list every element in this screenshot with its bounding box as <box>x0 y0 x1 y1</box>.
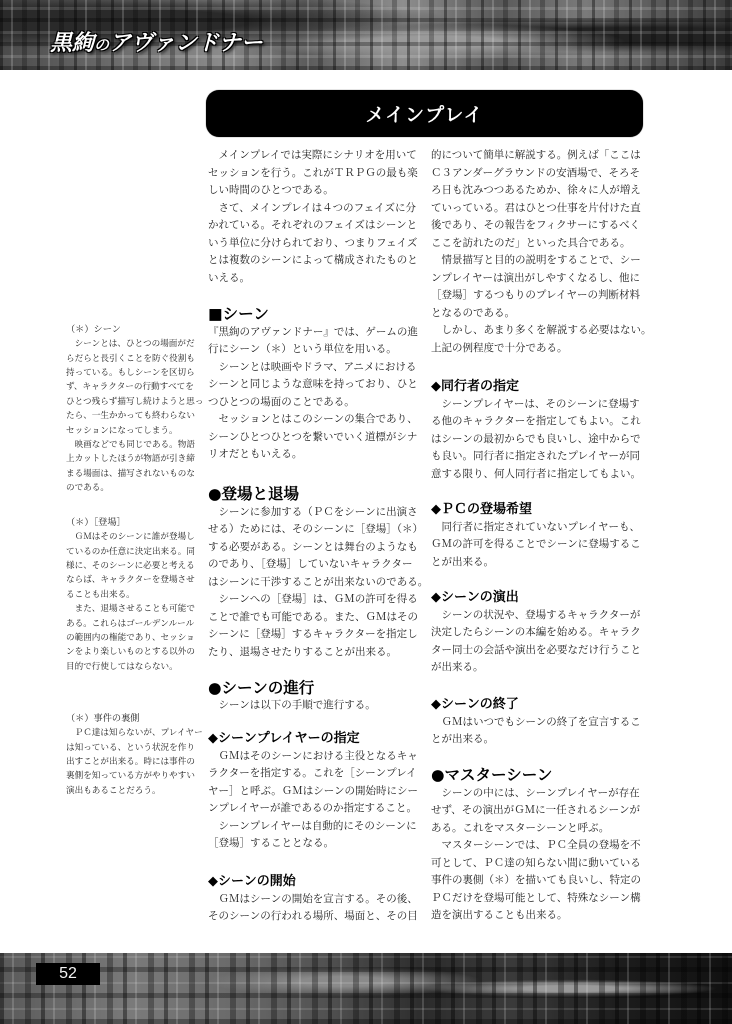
sidenote-line: まる場面は、描写されないものな <box>66 467 202 481</box>
body-line: 造を演出することも出来る。 <box>431 907 651 925</box>
sidenote-line: ならば、キャラクターを登場させ <box>66 573 202 587</box>
sidenote-line: ることも出来る。 <box>66 588 202 602</box>
body-line: ＧＭはシーンの開始を宣言する。その後、 <box>208 891 428 909</box>
section-heading: ◆シーンプレイヤーの指定 <box>208 730 428 748</box>
body-line: シーンプレイヤーは、そのシーンに登場す <box>431 396 651 414</box>
body-line: 上記の例程度で十分である。 <box>431 340 651 358</box>
body-line: シーンの中には、シーンプレイヤーが存在 <box>431 785 651 803</box>
body-line: いう単位に分けられており、つまりフェイズ <box>208 235 428 253</box>
section-scene-end: ◆シーンの終了 ＧＭはいつでもシーンの終了を宣言するこ とが出来る。 <box>431 696 651 749</box>
section-heading: ●登場と退場 <box>208 486 428 504</box>
body-line: が出来る。 <box>431 659 651 677</box>
sidenote-line: また、退場させることも可能で <box>66 602 202 616</box>
sidenote-line: ＰＣ達は知らないが、プレイヤー <box>66 726 202 740</box>
body-line: とが出来る。 <box>431 554 651 572</box>
body-line: マスターシーンでは、ＰＣ全員の登場を不 <box>431 837 651 855</box>
body-column-1: メインプレイでは実際にシナリオを用いて セッションを行う。これがＴＲＰＧの最も楽… <box>208 0 420 1024</box>
body-line: となるのである。 <box>431 305 651 323</box>
sidenote-line: たら、一生かかっても終わらない <box>66 409 202 423</box>
body-line: シーンに参加する（ＰＣをシーンに出演さ <box>208 504 428 522</box>
body-line: ＧＭはいつでもシーンの終了を宣言するこ <box>431 714 651 732</box>
body-line: かれている。それぞれのフェイズはシーンと <box>208 217 428 235</box>
body-line: 決定したらシーンの本編を始める。キャラク <box>431 624 651 642</box>
body-line: メインプレイでは実際にシナリオを用いて <box>208 147 428 165</box>
sidenote-line: は知っている、という状況を作り <box>66 741 202 755</box>
footer-photo-banner: 52 <box>0 953 732 1024</box>
section-heading: ◆シーンの開始 <box>208 873 428 891</box>
body-line: いえる。 <box>208 270 428 288</box>
body-line: つひとつの場面のことである。 <box>208 394 428 412</box>
logo-particle: の <box>94 36 109 54</box>
section-scene-player: ◆シーンプレイヤーの指定 ＧＭはそのシーンにおける主役となるキャ ラクターを指定… <box>208 730 428 853</box>
body-line: セッションを行う。これがＴＲＰＧの最も楽 <box>208 165 428 183</box>
body-line: しい時間のひとつである。 <box>208 182 428 200</box>
body-line: 後であり、その報告をフィクサーにするべく <box>431 217 651 235</box>
sidenote-title: （＊）［登場］ <box>66 516 202 530</box>
section-heading: ◆ＰＣの登場希望 <box>431 501 651 519</box>
body-line: ＰＣだけを登場可能として、特殊なシーン構 <box>431 890 651 908</box>
sidenote-line: ひとつ残らず描写し続けようと思っ <box>66 395 202 409</box>
section-master-scene: ●マスターシーン シーンの中には、シーンプレイヤーが存在 せず、その演出がＧＭに… <box>431 767 651 925</box>
sidenote-line: の範囲内の権能であり、セッショ <box>66 631 202 645</box>
page-number: 52 <box>36 963 100 985</box>
body-line: ていっている。君はひとつ仕事を片付けた直 <box>431 200 651 218</box>
body-line: シーンへの［登場］は、ＧＭの許可を得る <box>208 591 428 609</box>
body-line: シーンに［登場］するキャラクターを指定し <box>208 626 428 644</box>
body-line: シーンと同じような意味を持っており、ひと <box>208 376 428 394</box>
section-scene-direction: ◆シーンの演出 シーンの状況や、登場するキャラクターが 決定したらシーンの本編を… <box>431 589 651 677</box>
body-line: 意する限り、何人同行者に指定してもよい。 <box>431 466 651 484</box>
body-line: シーンプレイヤーは自動的にそのシーンに <box>208 818 428 836</box>
sidenote-line: 演出もあることだろう。 <box>66 784 202 798</box>
body-line: 情景描写と目的の説明をすることで、シー <box>431 252 651 270</box>
body-line: する必要がある。シーンとは舞台のようなも <box>208 539 428 557</box>
body-line: 行にシーン（＊）という単位を用いる。 <box>208 341 428 359</box>
body-line: ここを訪れたのだ」といった具合である。 <box>431 235 651 253</box>
sidenote-line: 裏側を知っている方がやりやすい <box>66 769 202 783</box>
logo-main: 黒絢 <box>50 31 94 56</box>
body-line: しかし、あまり多くを解説する必要はない。 <box>431 322 651 340</box>
body-line: とが出来る。 <box>431 731 651 749</box>
sidenote-entry: （＊）［登場］ ＧＭはそのシーンに誰が登場し ているのか任意に決定出来る。同 様… <box>66 516 202 674</box>
sidenote-line: セッションになってしまう。 <box>66 424 202 438</box>
body-line: も良い。同行者に指定されたプレイヤーが同 <box>431 448 651 466</box>
section-scene-progress: ●シーンの進行 シーンは以下の手順で進行する。 <box>208 680 428 715</box>
body-line: さて、メインプレイは４つのフェイズに分 <box>208 200 428 218</box>
body-line: たり、退場させたりすることが出来る。 <box>208 644 428 662</box>
sidenote-line: 様に、そのシーンに必要と考える <box>66 559 202 573</box>
body-line: そのシーンの行われる場所、場面と、その目 <box>208 908 428 926</box>
body-line: ことで誰でも可能である。また、ＧＭはその <box>208 609 428 627</box>
section-heading: ◆シーンの演出 <box>431 589 651 607</box>
sidenote-line: 出すことが出来る。時には事件の <box>66 755 202 769</box>
body-line: ヤー］と呼ぶ。ＧＭはシーンの開始時にシー <box>208 783 428 801</box>
body-line: リオだともいえる。 <box>208 446 428 464</box>
sidenote-behind-the-incident: （＊）事件の裏側 ＰＣ達は知らないが、プレイヤー は知っている、という状況を作り… <box>66 712 202 798</box>
sidenote-line: のである。 <box>66 481 202 495</box>
body-line: 事件の裏側（＊）を描いても良いし、特定の <box>431 872 651 890</box>
body-line: せず、その演出がＧＭに一任されるシーンが <box>431 802 651 820</box>
body-column-2: 的について簡単に解説する。例えば「ここは Ｃ３アンダーグラウンドの安酒場で、そろ… <box>431 0 643 1024</box>
sidenote-line: 映画などでも同じである。物語 <box>66 438 202 452</box>
body-line: Ｃ３アンダーグラウンドの安酒場で、そろそ <box>431 165 651 183</box>
body-line: せる）ためには、そのシーンに［登場］（＊） <box>208 521 428 539</box>
body-line: ＧＭの許可を得ることでシーンに登場するこ <box>431 536 651 554</box>
sidenote-line: 目的で行使してはならない。 <box>66 660 202 674</box>
section-heading: ◆シーンの終了 <box>431 696 651 714</box>
sidenote-line: ンをより楽しいものとする以外の <box>66 645 202 659</box>
section-heading: ●マスターシーン <box>431 767 651 785</box>
body-line: る他のキャラクターを指定してもよい。これ <box>431 413 651 431</box>
section-intro: メインプレイでは実際にシナリオを用いて セッションを行う。これがＴＲＰＧの最も楽… <box>208 147 428 287</box>
body-line: のであり、［登場］していないキャラクター <box>208 556 428 574</box>
sidenote-line: ある。これらはゴールデンルール <box>66 617 202 631</box>
body-line: はシーンに干渉することが出来ないのである。 <box>208 574 428 592</box>
body-line: とは複数のシーンによって構成されたものと <box>208 252 428 270</box>
body-line: 的について簡単に解説する。例えば「ここは <box>431 147 651 165</box>
body-line: ＧＭはそのシーンにおける主役となるキャ <box>208 748 428 766</box>
section-pc-entry-request: ◆ＰＣの登場希望 同行者に指定されていないプレイヤーも、 ＧＭの許可を得ることで… <box>431 501 651 571</box>
body-line: ［登場］することとなる。 <box>208 835 428 853</box>
section-scene: ■シーン 『黒絢のアヴァンドナー』では、ゲームの進 行にシーン（＊）という単位を… <box>208 306 428 464</box>
body-line: 同行者に指定されていないプレイヤーも、 <box>431 519 651 537</box>
sidenote-line: 持っている。もしシーンを区切ら <box>66 366 202 380</box>
body-line: ンプレイヤーが誰であるのか指定すること。 <box>208 800 428 818</box>
sidenote-line: ているのか任意に決定出来る。同 <box>66 545 202 559</box>
section-scene-start-continued: 的について簡単に解説する。例えば「ここは Ｃ３アンダーグラウンドの安酒場で、そろ… <box>431 147 651 357</box>
body-line: はシーンの最初からでも良いし、途中からで <box>431 431 651 449</box>
section-entry-and-exit: ●登場と退場 シーンに参加する（ＰＣをシーンに出演さ せる）ためには、そのシーン… <box>208 486 428 661</box>
body-line: シーンの状況や、登場するキャラクターが <box>431 607 651 625</box>
body-line: ラクターを指定する。これを［シーンプレイ <box>208 765 428 783</box>
sidenote-line: シーンとは、ひとつの場面がだ <box>66 337 202 351</box>
body-line: ンプレイヤーは演出がしやすくなるし、他に <box>431 270 651 288</box>
sidenote-title: （＊）事件の裏側 <box>66 712 202 726</box>
sidenote-line: ず、キャラクターの行動すべてを <box>66 380 202 394</box>
body-line: 『黒絢のアヴァンドナー』では、ゲームの進 <box>208 324 428 342</box>
body-line: シーンは以下の手順で進行する。 <box>208 697 428 715</box>
sidenote-line: 上カットしたほうが物語が引き締 <box>66 452 202 466</box>
section-scene-start: ◆シーンの開始 ＧＭはシーンの開始を宣言する。その後、 そのシーンの行われる場所… <box>208 873 428 926</box>
section-companions: ◆同行者の指定 シーンプレイヤーは、そのシーンに登場す る他のキャラクターを指定… <box>431 378 651 483</box>
section-heading: ■シーン <box>208 306 428 324</box>
body-line: シーンひとつひとつを繋いでいく道標がシナ <box>208 429 428 447</box>
section-heading: ◆同行者の指定 <box>431 378 651 396</box>
body-line: ある。これをマスターシーンと呼ぶ。 <box>431 820 651 838</box>
body-line: ター同士の会話や演出を必要なだけ行うこと <box>431 642 651 660</box>
body-line: シーンとは映画やドラマ、アニメにおける <box>208 359 428 377</box>
body-line: ろ日も沈みつつあるためか、徐々に人が増え <box>431 182 651 200</box>
body-line: 可として、ＰＣ達の知らない間に動いている <box>431 855 651 873</box>
sidenote-line: らだらと長引くことを防ぐ役割も <box>66 352 202 366</box>
section-heading: ●シーンの進行 <box>208 680 428 698</box>
body-line: ［登場］するつもりのプレイヤーの判断材料 <box>431 287 651 305</box>
sidenote-title: （＊）シーン <box>66 323 202 337</box>
sidenote-line: ＧＭはそのシーンに誰が登場し <box>66 530 202 544</box>
body-line: セッションとはこのシーンの集合であり、 <box>208 411 428 429</box>
sidenote-scene: （＊）シーン シーンとは、ひとつの場面がだ らだらと長引くことを防ぐ役割も 持っ… <box>66 323 202 496</box>
